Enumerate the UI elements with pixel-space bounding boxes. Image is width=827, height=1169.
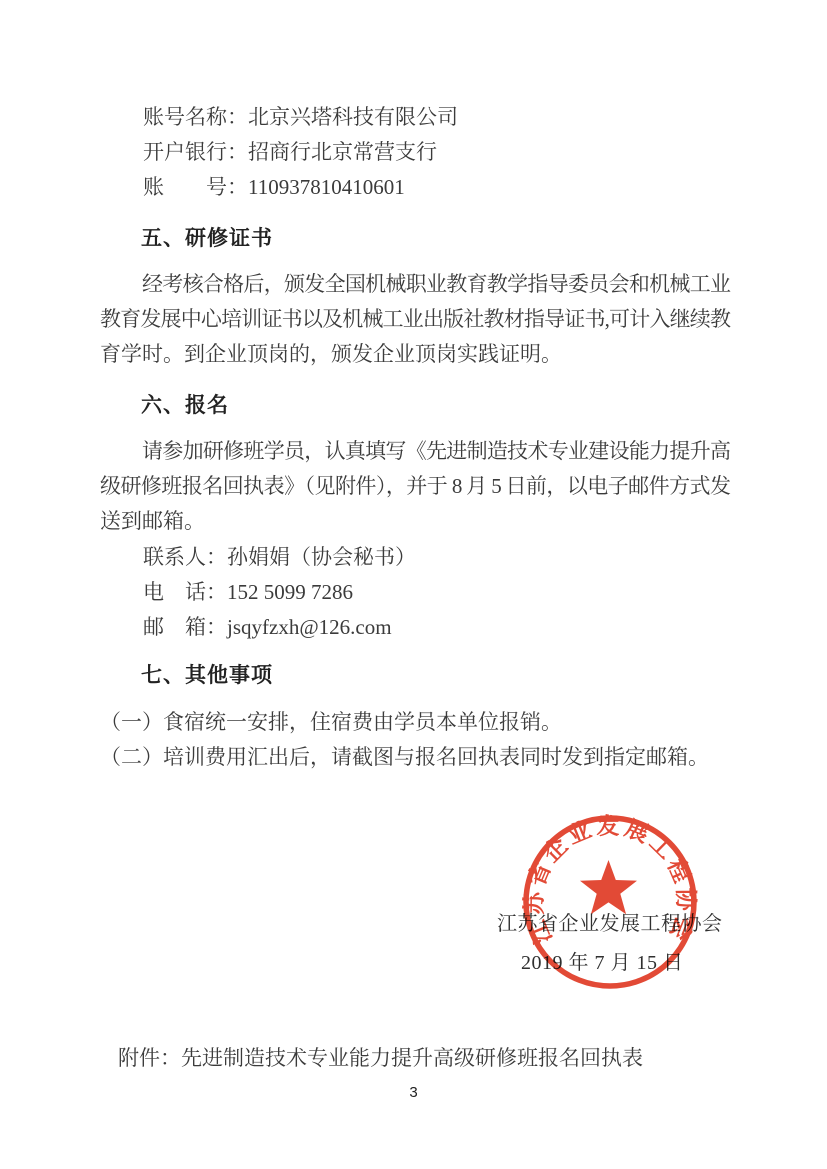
paragraph-line: 经考核合格后，颁发全国机械职业教育教学指导委员会和机械工业 xyxy=(100,267,730,302)
paragraph-line: 送到邮箱。 xyxy=(100,504,730,539)
account-name-line: 账号名称：北京兴塔科技有限公司 xyxy=(143,100,730,135)
paragraph-line: 育学时。到企业顶岗的，颁发企业顶岗实践证明。 xyxy=(100,337,730,372)
section-five-paragraph: 经考核合格后，颁发全国机械职业教育教学指导委员会和机械工业 教育发展中心培训证书… xyxy=(100,267,730,372)
item-two-line: （二）培训费用汇出后，请截图与报名回执表同时发到指定邮箱。 xyxy=(100,740,730,775)
section-seven-heading: 七、其他事项 xyxy=(141,658,273,693)
contact-person-line: 联系人：孙娟娟（协会秘书） xyxy=(143,540,730,575)
contact-block: 联系人：孙娟娟（协会秘书） 电 话：152 5099 7286 邮 箱：jsqy… xyxy=(143,540,730,645)
account-number-line: 账 号：110937810410601 xyxy=(143,170,730,205)
section-six-paragraph: 请参加研修班学员，认真填写《先进制造技术专业建设能力提升高 级研修班报名回执表》… xyxy=(100,434,730,539)
section-five-heading: 五、研修证书 xyxy=(141,221,273,256)
section-six-heading: 六、报名 xyxy=(141,388,229,423)
contact-email-line: 邮 箱：jsqyfzxh@126.com xyxy=(143,610,730,645)
document-page: 账号名称：北京兴塔科技有限公司 开户银行：招商行北京常营支行 账 号：11093… xyxy=(0,0,827,1169)
star-icon xyxy=(580,860,637,914)
bank-account-block: 账号名称：北京兴塔科技有限公司 开户银行：招商行北京常营支行 账 号：11093… xyxy=(143,100,730,205)
paragraph-line: 级研修班报名回执表》（见附件），并于 8 月 5 日前，以电子邮件方式发 xyxy=(100,469,730,504)
contact-phone-line: 电 话：152 5099 7286 xyxy=(143,575,730,610)
seal-stamp: 江苏省企业发展工程协会 xyxy=(510,802,710,1002)
bank-name-line: 开户银行：招商行北京常营支行 xyxy=(143,135,730,170)
item-one-line: （一）食宿统一安排，住宿费由学员本单位报销。 xyxy=(100,705,730,740)
paragraph-line: 教育发展中心培训证书以及机械工业出版社教材指导证书,可计入继续教 xyxy=(100,302,730,337)
attachment-note: 附件：先进制造技术专业能力提升高级研修班报名回执表 xyxy=(118,1043,643,1073)
page-number: 3 xyxy=(0,1084,827,1101)
paragraph-line: 请参加研修班学员，认真填写《先进制造技术专业建设能力提升高 xyxy=(100,434,730,469)
section-seven-items: （一）食宿统一安排，住宿费由学员本单位报销。 （二）培训费用汇出后，请截图与报名… xyxy=(100,705,730,775)
